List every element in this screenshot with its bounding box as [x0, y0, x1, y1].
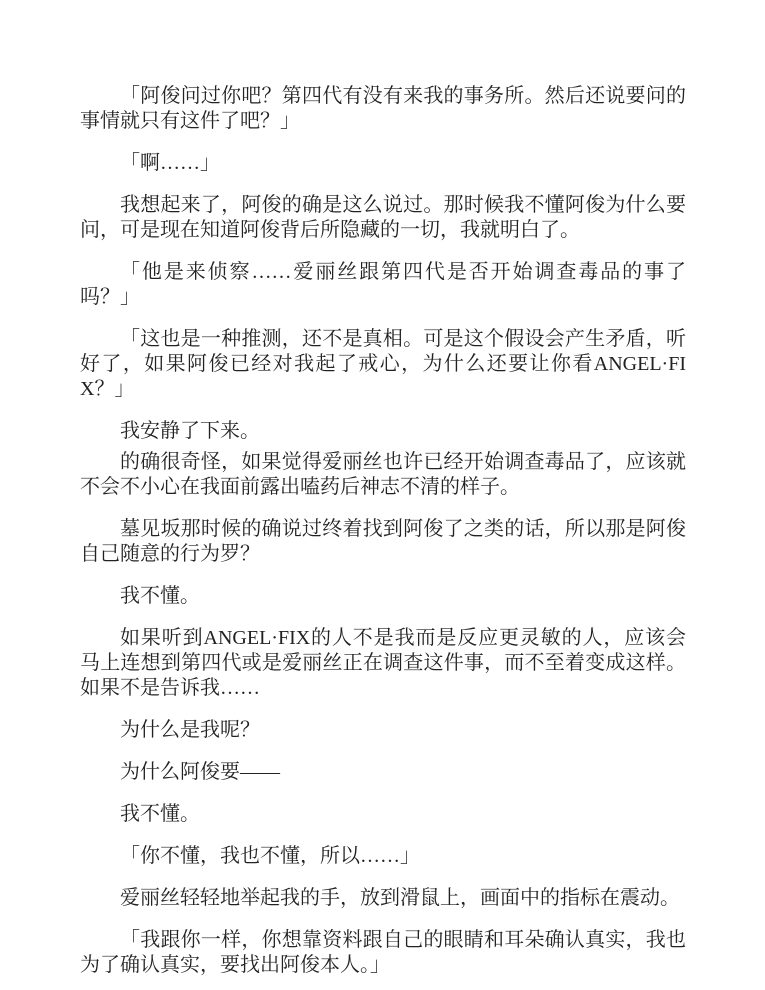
- paragraph: 「啊……」: [80, 151, 686, 176]
- paragraph: 我不懂。: [80, 584, 686, 609]
- paragraph: 「我跟你一样，你想靠资料跟自己的眼睛和耳朵确认真实，我也为了确认真实，要找出阿俊…: [80, 928, 686, 978]
- paragraph: 「你不懂，我也不懂，所以……」: [80, 844, 686, 869]
- paragraph: 「他是来侦察……爱丽丝跟第四代是否开始调查毒品的事了吗？」: [80, 260, 686, 310]
- paragraph: 我不懂。: [80, 802, 686, 827]
- paragraph: 我安静了下来。: [80, 419, 686, 444]
- paragraph: 「阿俊问过你吧？第四代有没有来我的事务所。然后还说要问的事情就只有这件了吧？」: [80, 84, 686, 134]
- paragraph: 「这也是一种推测，还不是真相。可是这个假设会产生矛盾，听好了，如果阿俊已经对我起…: [80, 327, 686, 402]
- paragraph: 墓见坂那时候的确说过终着找到阿俊了之类的话，所以那是阿俊自己随意的行为罗？: [80, 517, 686, 567]
- paragraph: 我想起来了，阿俊的确是这么说过。那时候我不懂阿俊为什么要问，可是现在知道阿俊背后…: [80, 193, 686, 243]
- paragraph: 为什么阿俊要——: [80, 760, 686, 785]
- paragraph: 的确很奇怪，如果觉得爱丽丝也许已经开始调查毒品了，应该就不会不小心在我面前露出嗑…: [80, 450, 686, 500]
- ebook-page: 「阿俊问过你吧？第四代有没有来我的事务所。然后还说要问的事情就只有这件了吧？」 …: [0, 0, 765, 990]
- text-column: 「阿俊问过你吧？第四代有没有来我的事务所。然后还说要问的事情就只有这件了吧？」 …: [80, 84, 686, 978]
- paragraph: 爱丽丝轻轻地举起我的手，放到滑鼠上，画面中的指标在震动。: [80, 886, 686, 911]
- paragraph: 为什么是我呢？: [80, 718, 686, 743]
- paragraph: 如果听到ANGEL·FIX的人不是我而是反应更灵敏的人，应该会马上连想到第四代或…: [80, 626, 686, 701]
